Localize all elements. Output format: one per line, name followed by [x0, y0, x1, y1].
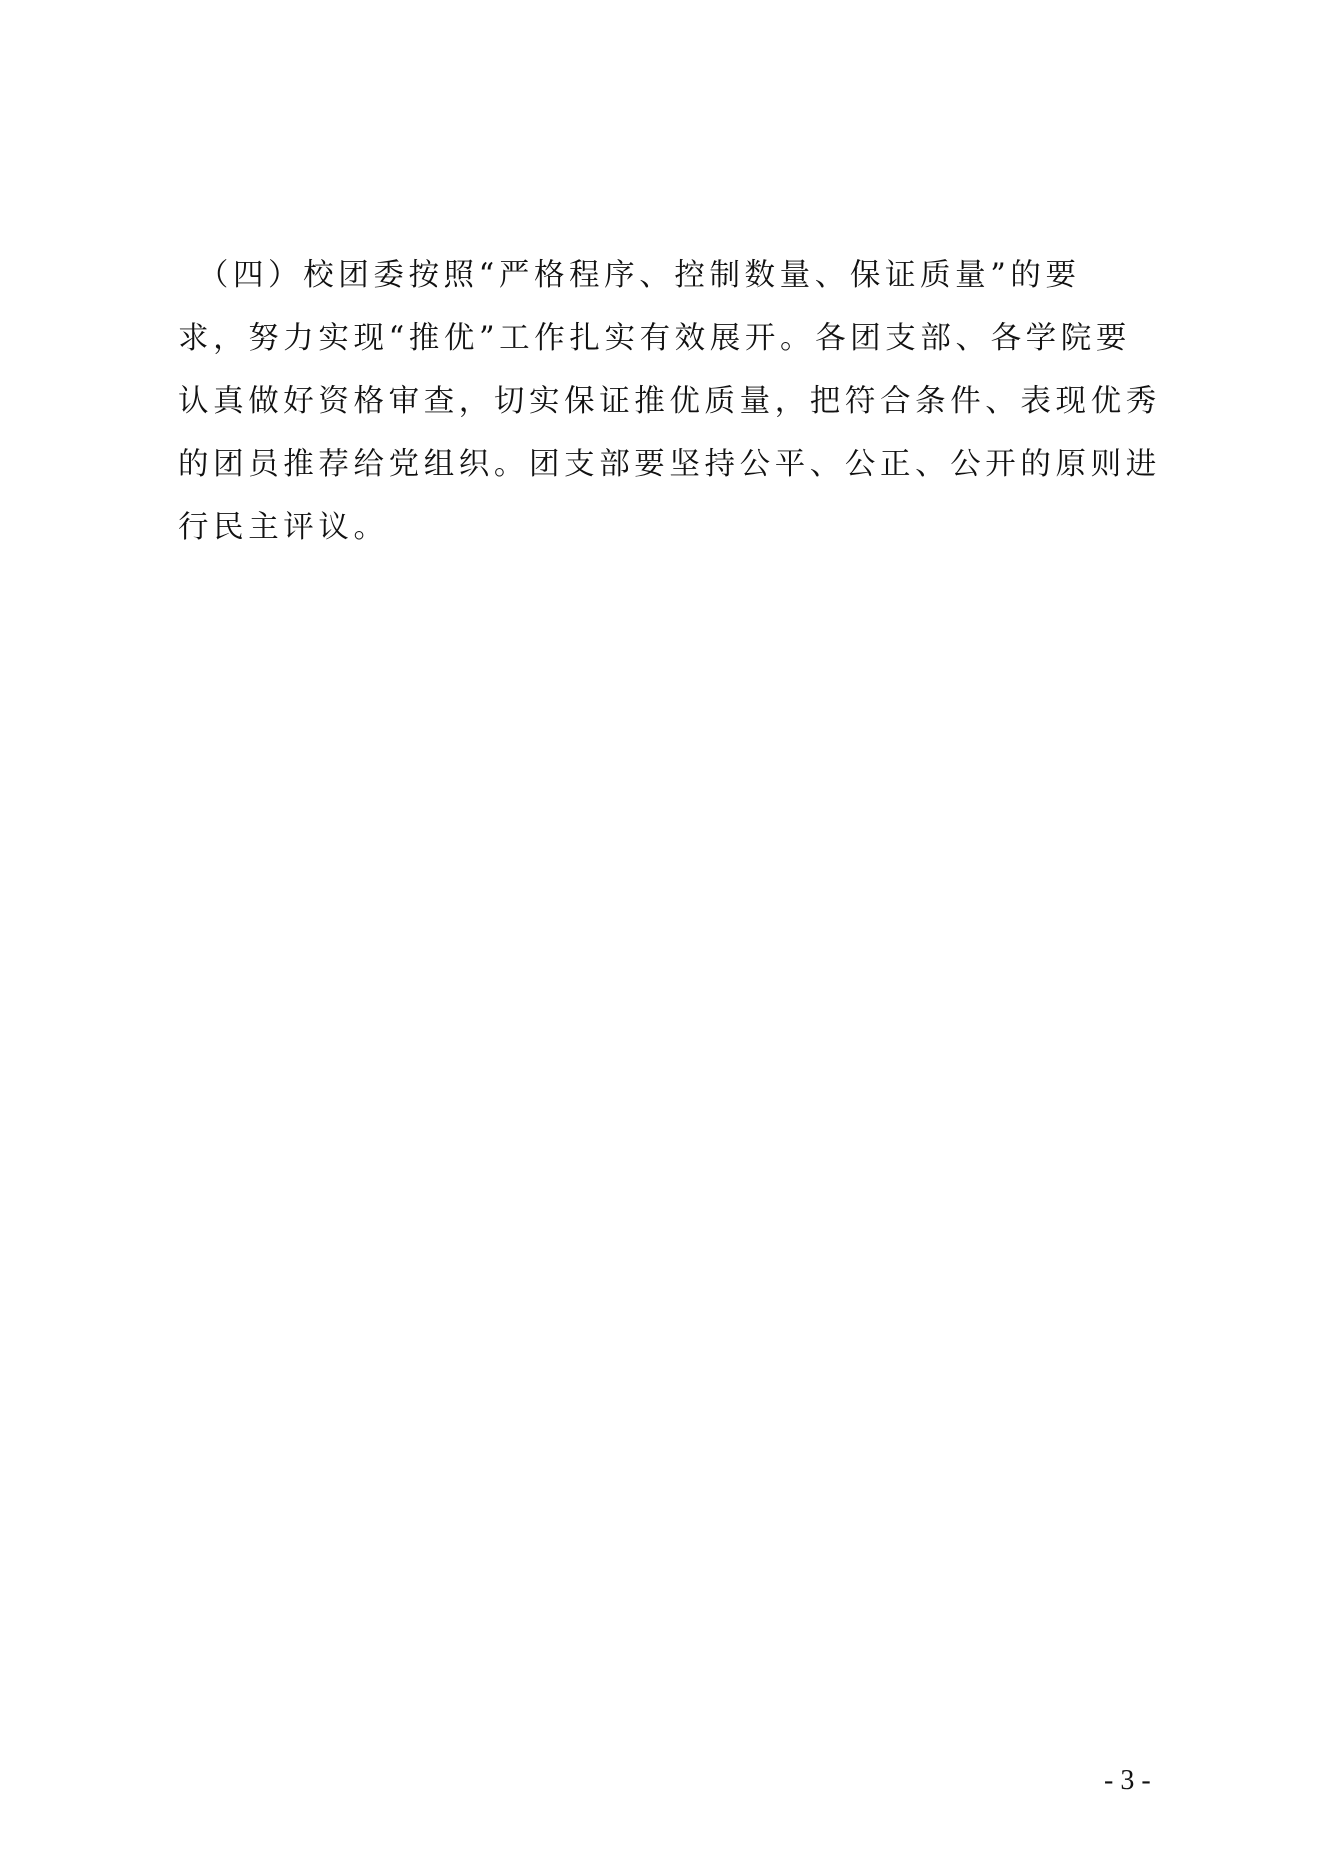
document-page: （四）校团委按照“严格程序、控制数量、保证质量”的要 求，努力实现“推优”工作扎… [0, 0, 1322, 1871]
paragraph-line-2: 求，努力实现“推优”工作扎实有效展开。各团支部、各学院要 [178, 307, 1160, 370]
paragraph-section-4: （四）校团委按照“严格程序、控制数量、保证质量”的要 求，努力实现“推优”工作扎… [178, 244, 1160, 559]
paragraph-line-5: 行民主评议。 [178, 496, 1160, 559]
paragraph-line-1: （四）校团委按照“严格程序、控制数量、保证质量”的要 [178, 244, 1160, 307]
page-number: - 3 - [1104, 1764, 1151, 1798]
paragraph-line-4: 的团员推荐给党组织。团支部要坚持公平、公正、公开的原则进 [178, 433, 1160, 496]
paragraph-line-3: 认真做好资格审查，切实保证推优质量，把符合条件、表现优秀 [178, 370, 1160, 433]
